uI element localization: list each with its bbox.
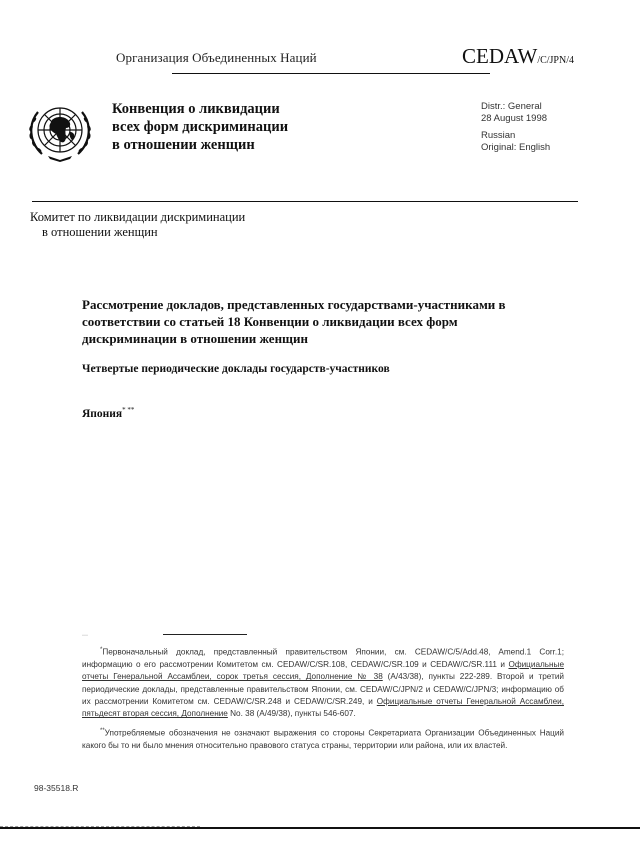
distribution: Distr.: General — [481, 101, 550, 113]
footnote: *Первоначальный доклад, представленный п… — [82, 644, 564, 721]
footnotes: *Первоначальный доклад, представленный п… — [82, 644, 564, 756]
bottom-rule — [0, 827, 640, 829]
footnote: **Употребляемые обозначения не означают … — [82, 725, 564, 752]
original-language: Original: English — [481, 142, 550, 154]
convention-title-line: в отношении женщин — [112, 136, 288, 154]
committee-name: Комитет по ликвидации дискриминации в от… — [30, 210, 245, 240]
footnote-marks: * ** — [122, 406, 134, 414]
document-date: 28 August 1998 — [481, 113, 550, 125]
agenda-title: Рассмотрение докладов, представленных го… — [82, 296, 552, 347]
job-number: 98-35518.R — [34, 783, 78, 793]
document-meta: Distr.: General 28 August 1998 Russian O… — [481, 101, 550, 154]
country-name: Япония* ** — [82, 406, 134, 420]
footnote-separator-dots: ··· — [82, 633, 88, 639]
organization-name: Организация Объединенных Наций — [116, 50, 317, 66]
document-symbol: CEDAW/C/JPN/4 — [462, 44, 574, 69]
committee-line: Комитет по ликвидации дискриминации — [30, 210, 245, 225]
main-rule — [32, 201, 578, 202]
un-emblem-icon — [26, 98, 94, 164]
country-label: Япония — [82, 408, 122, 420]
convention-title-line: всех форм дискриминации — [112, 118, 288, 136]
header-rule — [172, 73, 490, 74]
document-language: Russian — [481, 130, 550, 142]
document-symbol-suffix: /C/JPN/4 — [537, 55, 574, 66]
convention-title-line: Конвенция о ликвидации — [112, 100, 288, 118]
report-subtitle: Четвертые периодические доклады государс… — [82, 363, 390, 375]
document-symbol-main: CEDAW — [462, 44, 537, 68]
convention-title: Конвенция о ликвидации всех форм дискрим… — [112, 100, 288, 154]
footnote-rule — [163, 634, 247, 635]
committee-line: в отношении женщин — [30, 225, 245, 240]
